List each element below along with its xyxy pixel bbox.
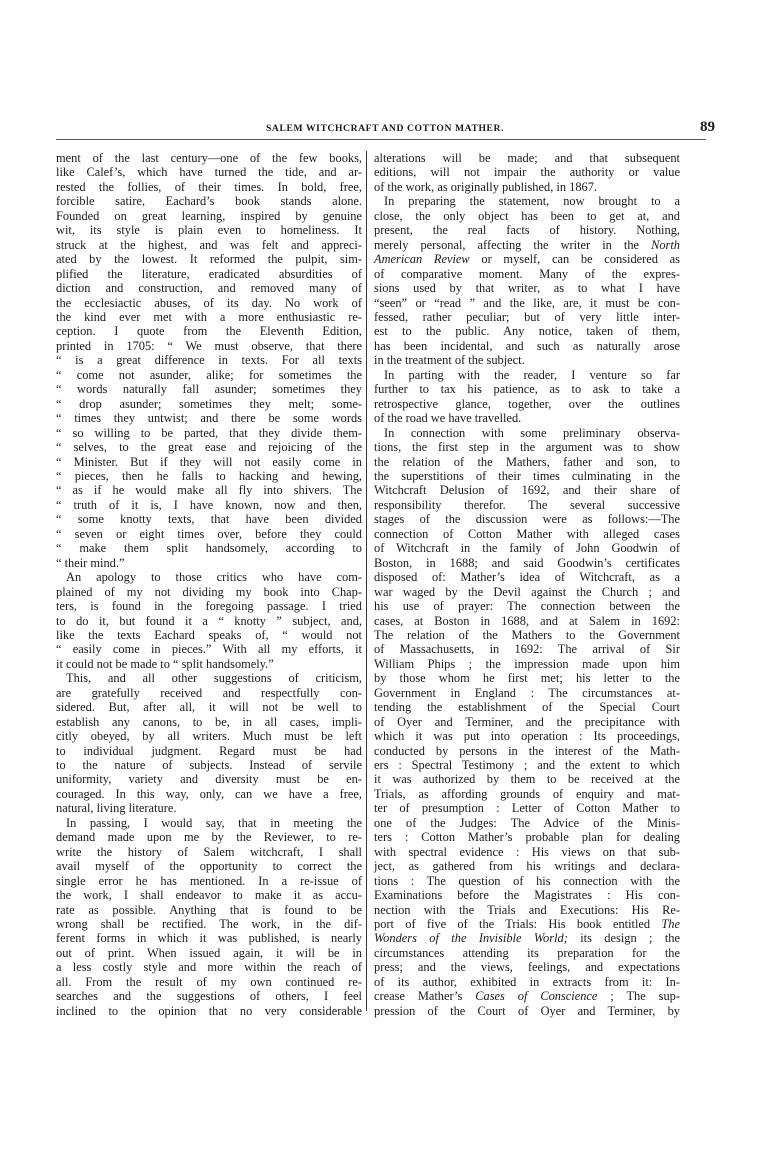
text-line: to do it, but found it a “ knotty ” subj… bbox=[56, 614, 362, 628]
text-line: out of print. When issued again, it will… bbox=[56, 946, 362, 960]
text-line: of Witchcraft in the family of John Good… bbox=[374, 541, 680, 555]
text-line: of the work, as originally published, in… bbox=[374, 180, 680, 194]
page-number: 89 bbox=[700, 119, 715, 136]
text-line: like the texts Eachard speaks of, “ woul… bbox=[56, 628, 362, 642]
text-line: the relation of the Mathers, father and … bbox=[374, 455, 680, 469]
text-line: disposed of: Mather’s idea of Witchcraft… bbox=[374, 570, 680, 584]
text-line: which it was put into operation : Its pr… bbox=[374, 729, 680, 743]
text-line: “ easily come in pieces.” With all my ef… bbox=[56, 642, 362, 656]
text-line: avail myself of the opportunity to corre… bbox=[56, 859, 362, 873]
text-line: “ so willing to be parted, that they div… bbox=[56, 426, 362, 440]
text-line: sidered. But, after all, it will not be … bbox=[56, 700, 362, 714]
text-line: press; and the views, feelings, and expe… bbox=[374, 960, 680, 974]
text-line: connection of Cotton Mather with alleged… bbox=[374, 527, 680, 541]
text-line: present, the real facts of history. Noth… bbox=[374, 223, 680, 237]
text-line: tending the establishment of the Special… bbox=[374, 700, 680, 714]
text-line: inclined to the opinion that no very con… bbox=[56, 1004, 362, 1018]
text-line: In connection with some preliminary obse… bbox=[374, 426, 680, 440]
text-line: circumstances attending its preparation … bbox=[374, 946, 680, 960]
text-line: the work, I shall endeavor to make it as… bbox=[56, 888, 362, 902]
text-line: “ as if he would make all fly into shive… bbox=[56, 483, 362, 497]
text-line: of the road we have travelled. bbox=[374, 411, 680, 425]
text-line: has been incidental, and such as natural… bbox=[374, 339, 680, 353]
text-line: close, the only object has been to get a… bbox=[374, 209, 680, 223]
text-line: In parting with the reader, I venture so… bbox=[374, 368, 680, 382]
text-line: “ words naturally fall asunder; sometime… bbox=[56, 382, 362, 396]
text-line: to individual judgment. Regard must be h… bbox=[56, 744, 362, 758]
running-title: SALEM WITCHCRAFT AND COTTON MATHER. bbox=[266, 123, 504, 134]
text-line: “ is a great difference in texts. For al… bbox=[56, 353, 362, 367]
text-line: tions : The question of his connection w… bbox=[374, 874, 680, 888]
text-line: write the history of Salem witchcraft, I… bbox=[56, 845, 362, 859]
text-line: further to tax his patience, as to ask t… bbox=[374, 382, 680, 396]
text-line: ject, as gathered from his writings and … bbox=[374, 859, 680, 873]
text-line: it could not be made to “ split handsome… bbox=[56, 657, 362, 671]
text-line: wrong shall be rectified. The work, in t… bbox=[56, 917, 362, 931]
text-line: Witchcraft Delusion of 1692, and their s… bbox=[374, 483, 680, 497]
text-line: rested the follies, of their times. In b… bbox=[56, 180, 362, 194]
text-line: “ seven or eight times over, before they… bbox=[56, 527, 362, 541]
text-line: demand made upon me by the Reviewer, to … bbox=[56, 830, 362, 844]
text-line: “seen” or “read ” and the like, are, it … bbox=[374, 296, 680, 310]
text-line: “ times they untwist; and there be some … bbox=[56, 411, 362, 425]
text-line: of Oyer and Terminer, and the precipitan… bbox=[374, 715, 680, 729]
text-line: natural, living literature. bbox=[56, 801, 362, 815]
text-line: Trials, as affording grounds of enquiry … bbox=[374, 787, 680, 801]
text-line: “ truth of it is, I have known, now and … bbox=[56, 498, 362, 512]
text-line: An apology to those critics who have com… bbox=[56, 570, 362, 584]
text-line: single error he has mentioned. In a re-i… bbox=[56, 874, 362, 888]
text-line: Founded on great learning, inspired by g… bbox=[56, 209, 362, 223]
text-line: Examinations before the Magistrates : Hi… bbox=[374, 888, 680, 902]
text-line: retrospective glance, together, over the… bbox=[374, 397, 680, 411]
text-line: conducted by persons in the interest of … bbox=[374, 744, 680, 758]
right-column: alterations will be made; and that subse… bbox=[374, 151, 680, 1018]
text-line: “ selves, to the great ease and rejoicin… bbox=[56, 440, 362, 454]
text-line: a less costly style and more within the … bbox=[56, 960, 362, 974]
text-line: “ Minister. But if they will not easily … bbox=[56, 455, 362, 469]
text-line: the superstitions of their times culmina… bbox=[374, 469, 680, 483]
text-line: In preparing the statement, now brought … bbox=[374, 194, 680, 208]
text-line: struck at the highest, and was felt and … bbox=[56, 238, 362, 252]
text-line: port of five of the Trials: His book ent… bbox=[374, 917, 680, 931]
text-line: like Calef’s, which have turned the tide… bbox=[56, 165, 362, 179]
text-line: “ some knotty texts, that have been divi… bbox=[56, 512, 362, 526]
text-line: in the treatment of the subject. bbox=[374, 353, 680, 367]
text-line: one of the Judges: The Advice of the Min… bbox=[374, 816, 680, 830]
text-line: ferent forms in which it was published, … bbox=[56, 931, 362, 945]
text-line: the ecclesiactic abuses, of its day. No … bbox=[56, 296, 362, 310]
text-line: war waged by the Devil against the Churc… bbox=[374, 585, 680, 599]
text-line: printed in 1705: “ We must observe, that… bbox=[56, 339, 362, 353]
text-line: “ come not asunder, alike; for sometimes… bbox=[56, 368, 362, 382]
text-line: with spectral evidence : His views on th… bbox=[374, 845, 680, 859]
column-divider bbox=[366, 151, 367, 1011]
text-line: sions used by that writer, as to what I … bbox=[374, 281, 680, 295]
book-page: SALEM WITCHCRAFT AND COTTON MATHER. 89 m… bbox=[56, 118, 720, 142]
text-line: “ pieces, then he falls to hacking and h… bbox=[56, 469, 362, 483]
text-line: uniformity, variety and diversity must b… bbox=[56, 772, 362, 786]
text-line: fessed, rather peculiar; but of very lit… bbox=[374, 310, 680, 324]
text-line: the kind ever met with a more enthusiast… bbox=[56, 310, 362, 324]
text-line: “ make them split handsomely, according … bbox=[56, 541, 362, 555]
text-line: plified the literature, eradicated absur… bbox=[56, 267, 362, 281]
text-line: of Massachusetts, in 1692: The arrival o… bbox=[374, 642, 680, 656]
text-line: Government in England : The circumstance… bbox=[374, 686, 680, 700]
text-line: ated by the lowest. It reformed the pulp… bbox=[56, 252, 362, 266]
text-line: citly obeyed, by all writers. Much must … bbox=[56, 729, 362, 743]
text-line: This, and all other suggestions of criti… bbox=[56, 671, 362, 685]
text-line: alterations will be made; and that subse… bbox=[374, 151, 680, 165]
text-line: ters : Cotton Mather’s probable plan for… bbox=[374, 830, 680, 844]
text-line: by those whom he first met; his letter t… bbox=[374, 671, 680, 685]
text-line: ment of the last century—one of the few … bbox=[56, 151, 362, 165]
text-line: Boston, in 1688; and said Goodwin’s cert… bbox=[374, 556, 680, 570]
text-line: establish any canons, to be, in all case… bbox=[56, 715, 362, 729]
text-line: cases, at Boston in 1688, and at Salem i… bbox=[374, 614, 680, 628]
text-line: are gratefully received and respectfully… bbox=[56, 686, 362, 700]
text-line: American Review or myself, can be consid… bbox=[374, 252, 680, 266]
text-line: merely personal, affecting the writer in… bbox=[374, 238, 680, 252]
text-line: his use of prayer: The connection betwee… bbox=[374, 599, 680, 613]
text-line: “ their mind.” bbox=[56, 556, 362, 570]
left-column: ment of the last century—one of the few … bbox=[56, 151, 362, 1018]
text-line: The relation of the Mathers to the Gover… bbox=[374, 628, 680, 642]
text-line: plained of my not dividing my book into … bbox=[56, 585, 362, 599]
text-line: responsibility therefor. The several suc… bbox=[374, 498, 680, 512]
text-line: diction and construction, and removed ma… bbox=[56, 281, 362, 295]
text-line: pression of the Court of Oyer and Termin… bbox=[374, 1004, 680, 1018]
text-line: Wonders of the Invisible World; its desi… bbox=[374, 931, 680, 945]
text-line: searches and the suggestions of others, … bbox=[56, 989, 362, 1003]
text-line: couraged. In this way, only, can we have… bbox=[56, 787, 362, 801]
running-header: SALEM WITCHCRAFT AND COTTON MATHER. 89 bbox=[56, 118, 720, 142]
text-line: of comparative moment. Many of the expre… bbox=[374, 267, 680, 281]
text-line: it was authorized by them to be received… bbox=[374, 772, 680, 786]
text-line: all. From the result of my own continued… bbox=[56, 975, 362, 989]
text-line: “ drop asunder; sometimes they melt; som… bbox=[56, 397, 362, 411]
text-line: wit, its style is plain even to homeline… bbox=[56, 223, 362, 237]
text-line: ception. I quote from the Eleventh Editi… bbox=[56, 324, 362, 338]
text-line: tions, the first step in the argument wa… bbox=[374, 440, 680, 454]
text-line: stages of the discussion were as follows… bbox=[374, 512, 680, 526]
text-line: of its author, exhibited in extracts fro… bbox=[374, 975, 680, 989]
text-line: In passing, I would say, that in meeting… bbox=[56, 816, 362, 830]
text-line: rate as possible. Anything that is found… bbox=[56, 903, 362, 917]
text-line: crease Mather’s Cases of Conscience ; Th… bbox=[374, 989, 680, 1003]
text-line: ter of presumption : Letter of Cotton Ma… bbox=[374, 801, 680, 815]
text-line: forcible satire, Eachard’s book stands a… bbox=[56, 194, 362, 208]
text-line: William Phips ; the impression made upon… bbox=[374, 657, 680, 671]
text-line: nection with the Trials and Executions: … bbox=[374, 903, 680, 917]
text-line: editions, will not impair the authority … bbox=[374, 165, 680, 179]
text-line: ers : Spectral Testimony ; and the exten… bbox=[374, 758, 680, 772]
header-rule bbox=[56, 139, 706, 140]
text-line: est to the public. Any notice, taken of … bbox=[374, 324, 680, 338]
text-line: ters, is found in the foregoing passage.… bbox=[56, 599, 362, 613]
text-line: to the nature of subjects. Instead of se… bbox=[56, 758, 362, 772]
